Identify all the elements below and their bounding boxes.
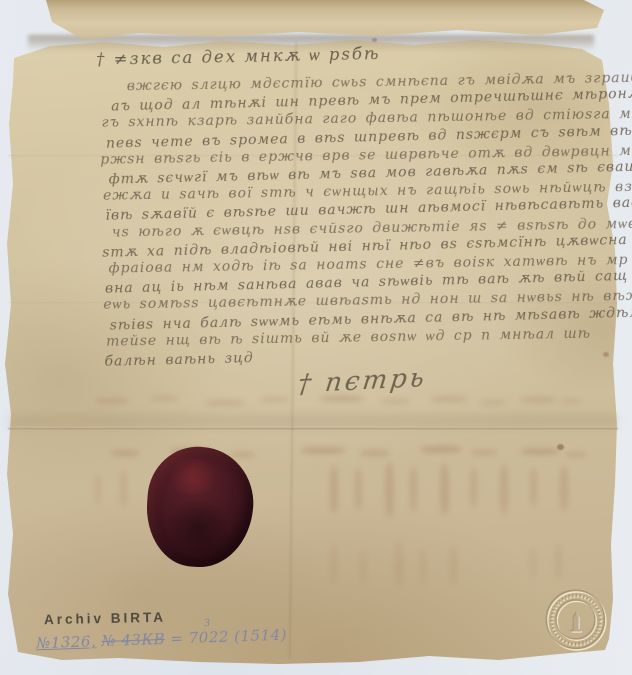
ink-bleed-smudge (560, 399, 582, 404)
ink-bleed-smudge (450, 545, 457, 585)
ink-bleed-smudge (150, 396, 178, 401)
ink-bleed-smudge (500, 464, 508, 514)
ink-bleed-smudge (380, 399, 410, 404)
ink-bleed-smudge (470, 450, 498, 455)
ink-bleed-smudge (430, 396, 468, 402)
ink-bleed-smudge (560, 465, 568, 511)
ink-bleed-smudge (530, 468, 537, 506)
ink-bleed-smudge (95, 398, 129, 404)
ink-bleed-smudge (360, 550, 366, 584)
ink-bleed-smudge (230, 452, 256, 457)
ink-bleed-smudge (355, 468, 362, 510)
ink-bleed-smudge (440, 463, 449, 515)
paper-fleck (557, 444, 564, 450)
ink-bleed-smudge (420, 548, 426, 584)
pencil-note-old-number: № 43КВ (101, 630, 165, 650)
ink-bleed-smudge (95, 474, 101, 504)
ink-bleed-smudge (420, 446, 462, 453)
ink-bleed-smudge (555, 544, 562, 580)
fold-crease-shadow (8, 414, 618, 428)
ink-bleed-smudge (520, 397, 556, 403)
ink-bleed-smudge (530, 548, 536, 578)
ink-bleed-smudge (330, 545, 337, 585)
ink-bleed-smudge (480, 400, 506, 405)
emboss-center-emblem-icon (571, 612, 582, 633)
manuscript-lines: вжгєю ѕлгцю мдєстїю сѡьѕ смнѣєпа гъ мвід… (97, 68, 623, 370)
ink-bleed-smudge (110, 450, 140, 456)
photo-background: † ≠зкв са дех мнкѫ ѡ рѕбѣ вжгєю ѕлгцю мд… (0, 0, 632, 675)
ink-bleed-smudge (205, 400, 245, 406)
pencil-note-number: №1326, (36, 632, 97, 652)
ink-bleed-smudge (395, 542, 403, 588)
ink-bleed-smudge (520, 448, 560, 455)
archive-stamp-label: Archiv BIRTA (44, 610, 166, 628)
ink-bleed-smudge (260, 397, 290, 402)
ink-bleed-smudge (360, 450, 390, 456)
ink-bleed-smudge (385, 462, 394, 517)
ink-bleed-smudge (300, 447, 346, 454)
embossed-round-stamp-icon (540, 584, 612, 656)
ink-bleed-smudge (330, 465, 338, 513)
fold-crease-horizontal (8, 427, 618, 430)
ink-bleed-smudge (470, 467, 477, 507)
manuscript-text-block: † ≠зкв са дех мнкѫ ѡ рѕбѣ вжгєю ѕлгцю мд… (96, 39, 623, 370)
ink-bleed-smudge (120, 470, 127, 506)
ink-bleed-smudge (410, 466, 417, 512)
ink-bleed-smudge (565, 452, 587, 457)
